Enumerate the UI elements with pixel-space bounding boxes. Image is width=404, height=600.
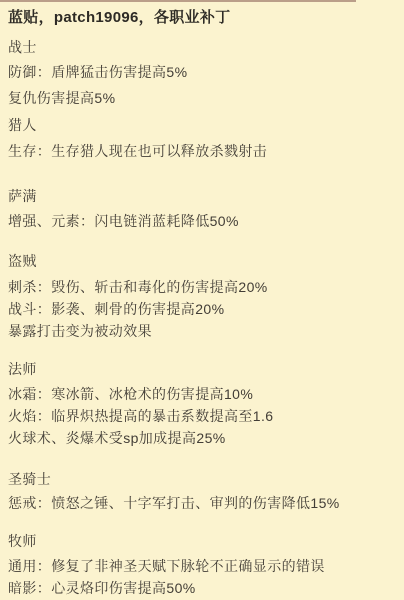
note-priest-general: 通用：修复了非神圣天赋下脉轮不正确显示的错误 (8, 557, 325, 575)
note-rogue-assassination: 刺杀：毁伤、斩击和毒化的伤害提高20% (8, 278, 268, 296)
section-heading-paladin: 圣骑士 (8, 470, 51, 488)
section-heading-priest: 牧师 (8, 532, 37, 550)
page-title: 蓝贴，patch19096，各职业补丁 (8, 8, 230, 27)
note-warrior-protection: 防御：盾牌猛击伤害提高5% (8, 63, 187, 81)
note-hunter-survival: 生存：生存猎人现在也可以释放杀戮射击 (8, 142, 267, 160)
note-priest-shadow: 暗影：心灵烙印伤害提高50% (8, 579, 196, 597)
note-rogue-combat: 战斗：影袭、刺骨的伤害提高20% (8, 300, 224, 318)
note-rogue-passive: 暴露打击变为被动效果 (8, 322, 152, 340)
section-heading-hunter: 猎人 (8, 116, 37, 134)
patch-notes-page: 蓝贴，patch19096，各职业补丁 战士 防御：盾牌猛击伤害提高5% 复仇伤… (0, 0, 404, 600)
note-mage-fire: 火焰：临界炽热提高的暴击系数提高至1.6 (8, 407, 273, 425)
note-mage-fireball: 火球术、炎爆术受sp加成提高25% (8, 429, 226, 447)
section-heading-shaman: 萨满 (8, 187, 37, 205)
note-paladin-retribution: 惩戒：愤怒之锤、十字军打击、审判的伤害降低15% (8, 494, 340, 512)
section-heading-mage: 法师 (8, 360, 37, 378)
section-heading-warrior: 战士 (8, 38, 37, 56)
top-edge-artifact (0, 0, 356, 2)
note-shaman-chain-lightning: 增强、元素：闪电链消蓝耗降低50% (8, 212, 239, 230)
section-heading-rogue: 盗贼 (8, 252, 37, 270)
note-mage-frost: 冰霜：寒冰箭、冰枪术的伤害提高10% (8, 385, 253, 403)
note-warrior-revenge: 复仇伤害提高5% (8, 89, 115, 107)
